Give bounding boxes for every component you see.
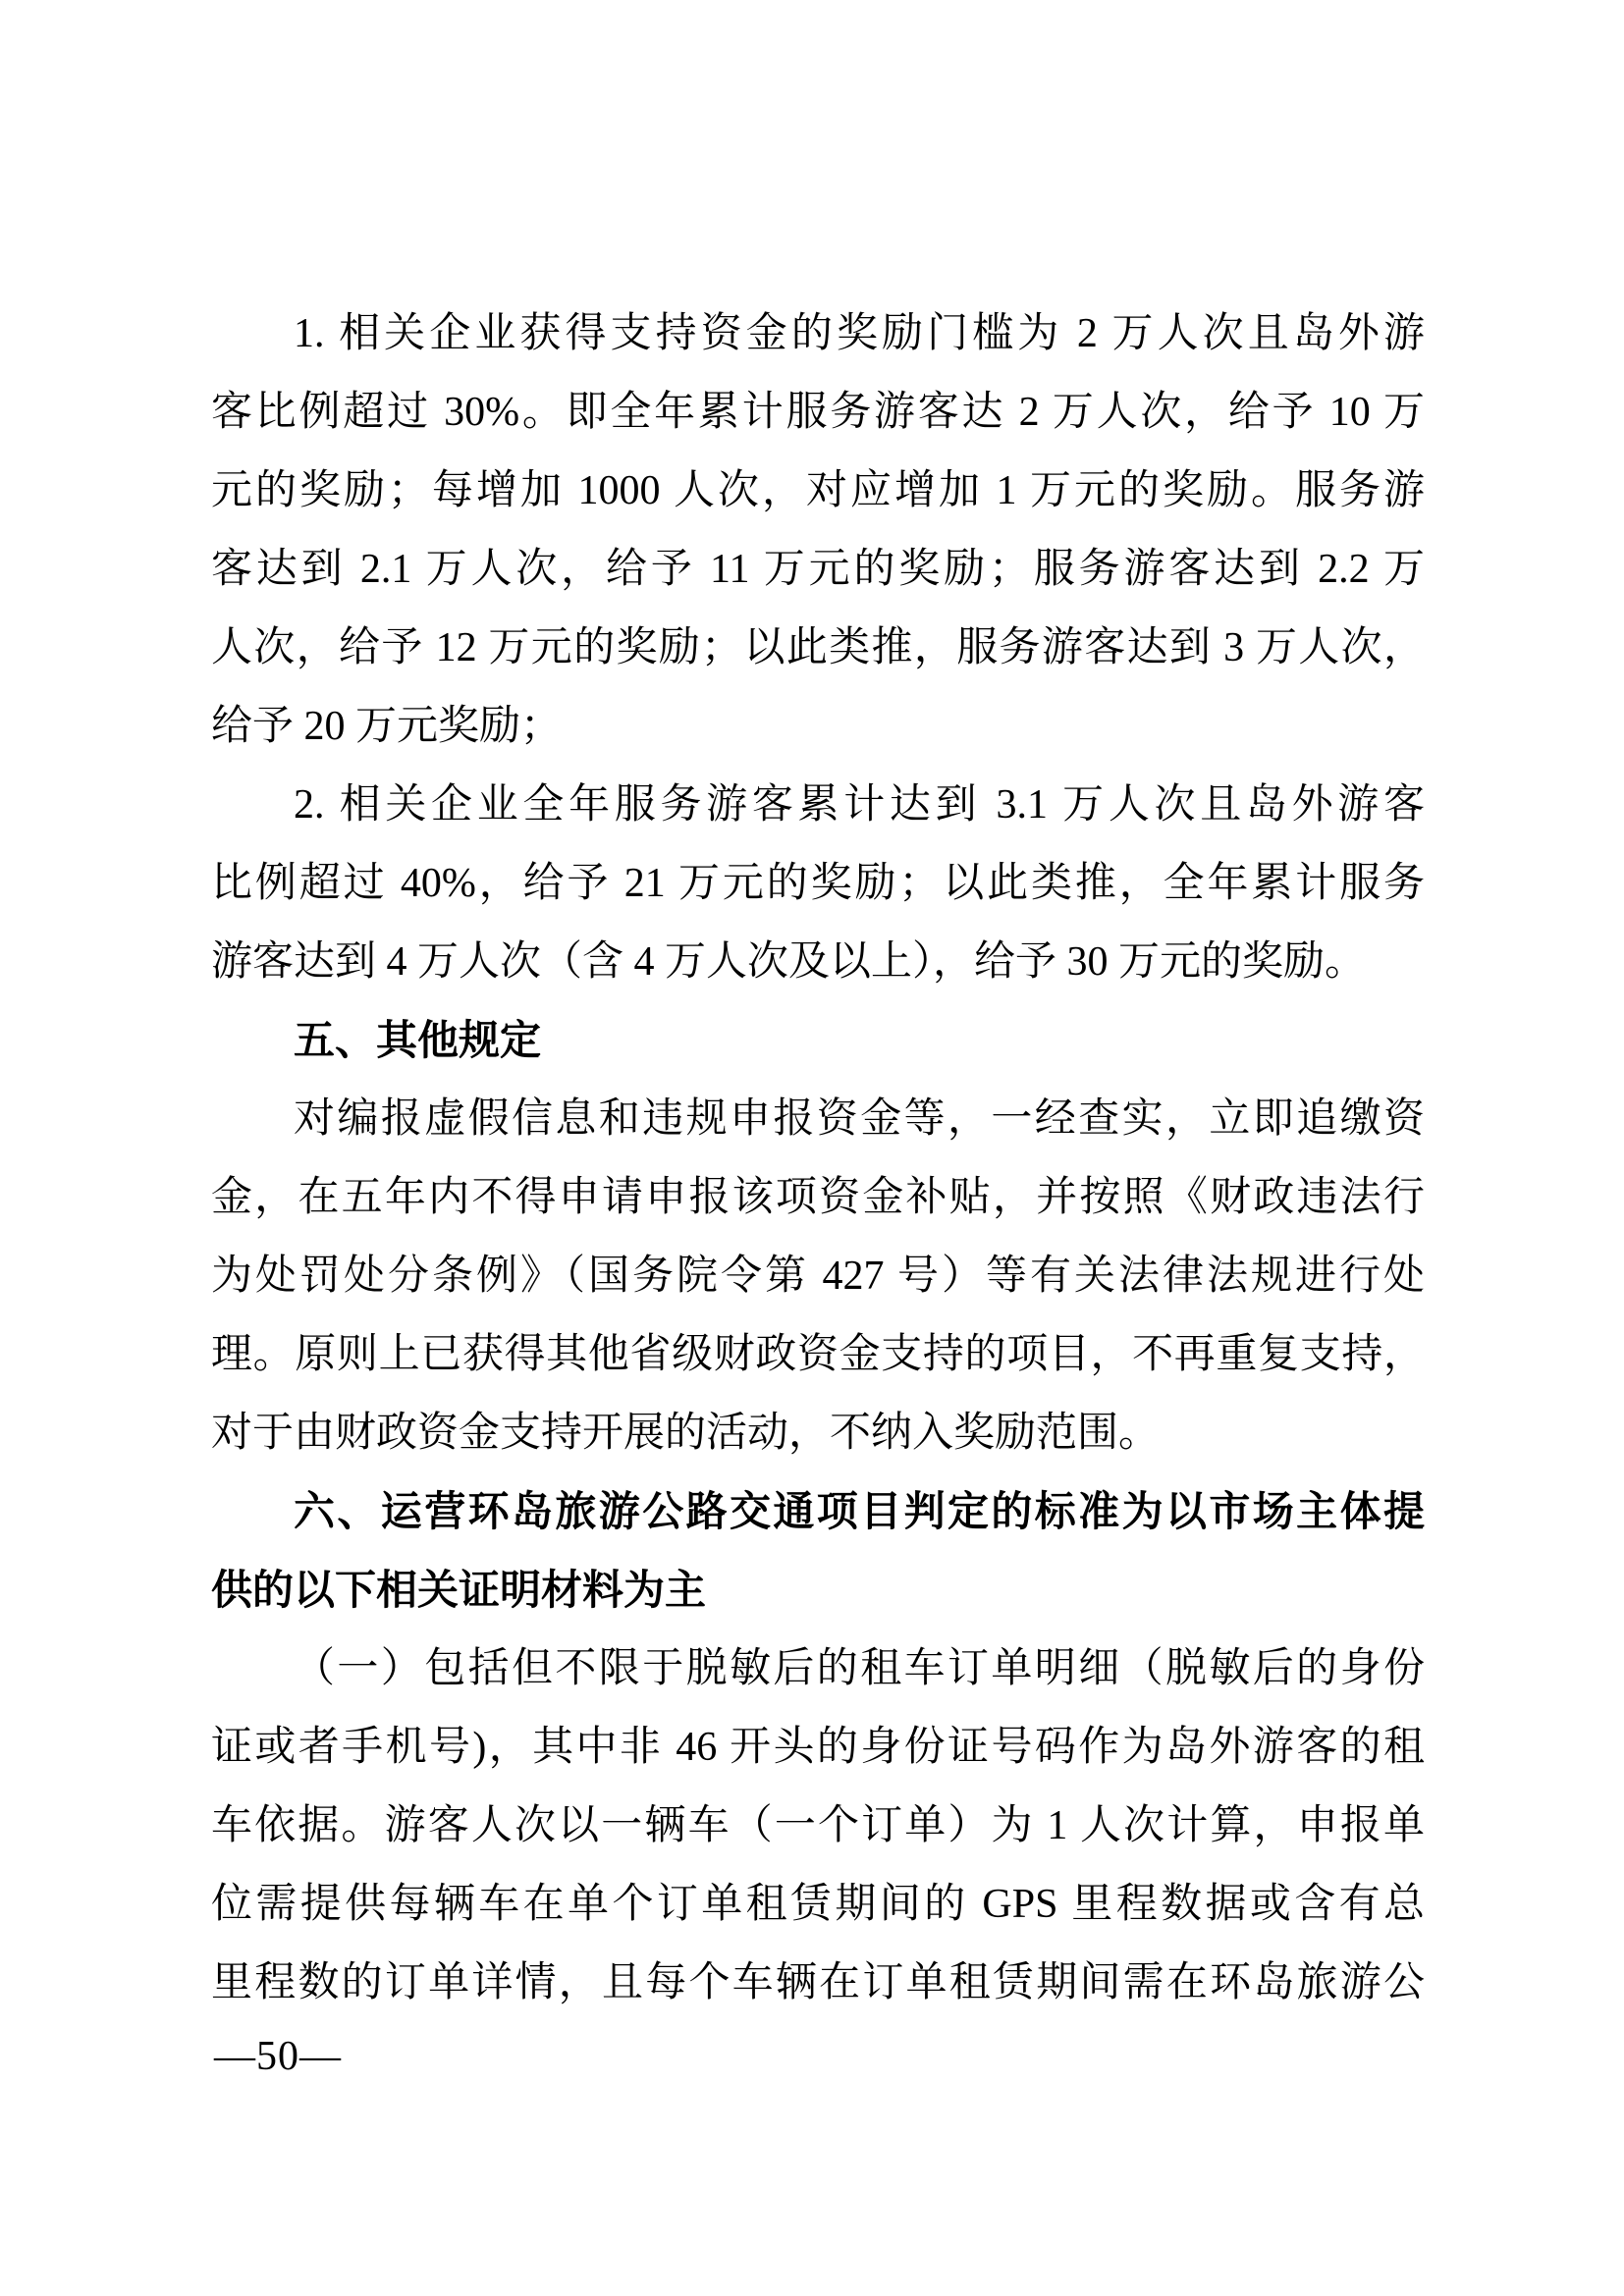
heading-line: 五、其他规定 <box>211 1001 1425 1080</box>
section-heading-5: 五、其他规定 <box>211 1001 1425 1080</box>
text-line: （一）包括但不限于脱敏后的租车订单明细（脱敏后的身份 <box>211 1629 1425 1708</box>
section-heading-6: 六、运营环岛旅游公路交通项目判定的标准为以市场主体提 供的以下相关证明材料为主 <box>211 1472 1425 1629</box>
text-line: 证或者手机号)，其中非 46 开头的身份证号码作为岛外游客的租 <box>211 1708 1425 1787</box>
text-line: 里程数的订单详情，且每个车辆在订单租赁期间需在环岛旅游公 <box>211 1944 1425 2022</box>
text-line: 2. 相关企业全年服务游客累计达到 3.1 万人次且岛外游客 <box>211 766 1425 844</box>
paragraph-4: （一）包括但不限于脱敏后的租车订单明细（脱敏后的身份 证或者手机号)，其中非 4… <box>211 1629 1425 2022</box>
paragraph-3: 对编报虚假信息和违规申报资金等，一经查实，立即追缴资 金，在五年内不得申请申报该… <box>211 1080 1425 1472</box>
text-line: 车依据。游客人次以一辆车（一个订单）为 1 人次计算，申报单 <box>211 1787 1425 1865</box>
text-line: 游客达到 4 万人次（含 4 万人次及以上），给予 30 万元的奖励。 <box>211 923 1425 1001</box>
text-line: 金，在五年内不得申请申报该项资金补贴，并按照《财政违法行 <box>211 1158 1425 1237</box>
text-line: 客比例超过 30%。即全年累计服务游客达 2 万人次，给予 10 万 <box>211 373 1425 452</box>
document-page: 1. 相关企业获得支持资金的奖励门槛为 2 万人次且岛外游 客比例超过 30%。… <box>0 0 1624 2296</box>
text-line: 人次，给予 12 万元的奖励；以此类推，服务游客达到 3 万人次， <box>211 609 1425 687</box>
text-line: 客达到 2.1 万人次，给予 11 万元的奖励；服务游客达到 2.2 万 <box>211 530 1425 609</box>
text-line: 理。原则上已获得其他省级财政资金支持的项目，不再重复支持， <box>211 1315 1425 1394</box>
text-line: 比例超过 40%，给予 21 万元的奖励；以此类推，全年累计服务 <box>211 844 1425 923</box>
heading-line: 供的以下相关证明材料为主 <box>211 1551 1425 1629</box>
text-line: 位需提供每辆车在单个订单租赁期间的 GPS 里程数据或含有总 <box>211 1865 1425 1944</box>
paragraph-2: 2. 相关企业全年服务游客累计达到 3.1 万人次且岛外游客 比例超过 40%，… <box>211 766 1425 1001</box>
text-line: 对编报虚假信息和违规申报资金等，一经查实，立即追缴资 <box>211 1080 1425 1158</box>
document-body: 1. 相关企业获得支持资金的奖励门槛为 2 万人次且岛外游 客比例超过 30%。… <box>211 294 1425 2022</box>
text-line: 1. 相关企业获得支持资金的奖励门槛为 2 万人次且岛外游 <box>211 294 1425 373</box>
text-line: 对于由财政资金支持开展的活动，不纳入奖励范围。 <box>211 1394 1425 1472</box>
heading-line: 六、运营环岛旅游公路交通项目判定的标准为以市场主体提 <box>211 1472 1425 1551</box>
text-line: 给予 20 万元奖励； <box>211 687 1425 766</box>
page-number: —50— <box>214 2017 342 2096</box>
text-line: 为处罚处分条例》（国务院令第 427 号）等有关法律法规进行处 <box>211 1237 1425 1315</box>
paragraph-1: 1. 相关企业获得支持资金的奖励门槛为 2 万人次且岛外游 客比例超过 30%。… <box>211 294 1425 766</box>
text-line: 元的奖励；每增加 1000 人次，对应增加 1 万元的奖励。服务游 <box>211 452 1425 530</box>
